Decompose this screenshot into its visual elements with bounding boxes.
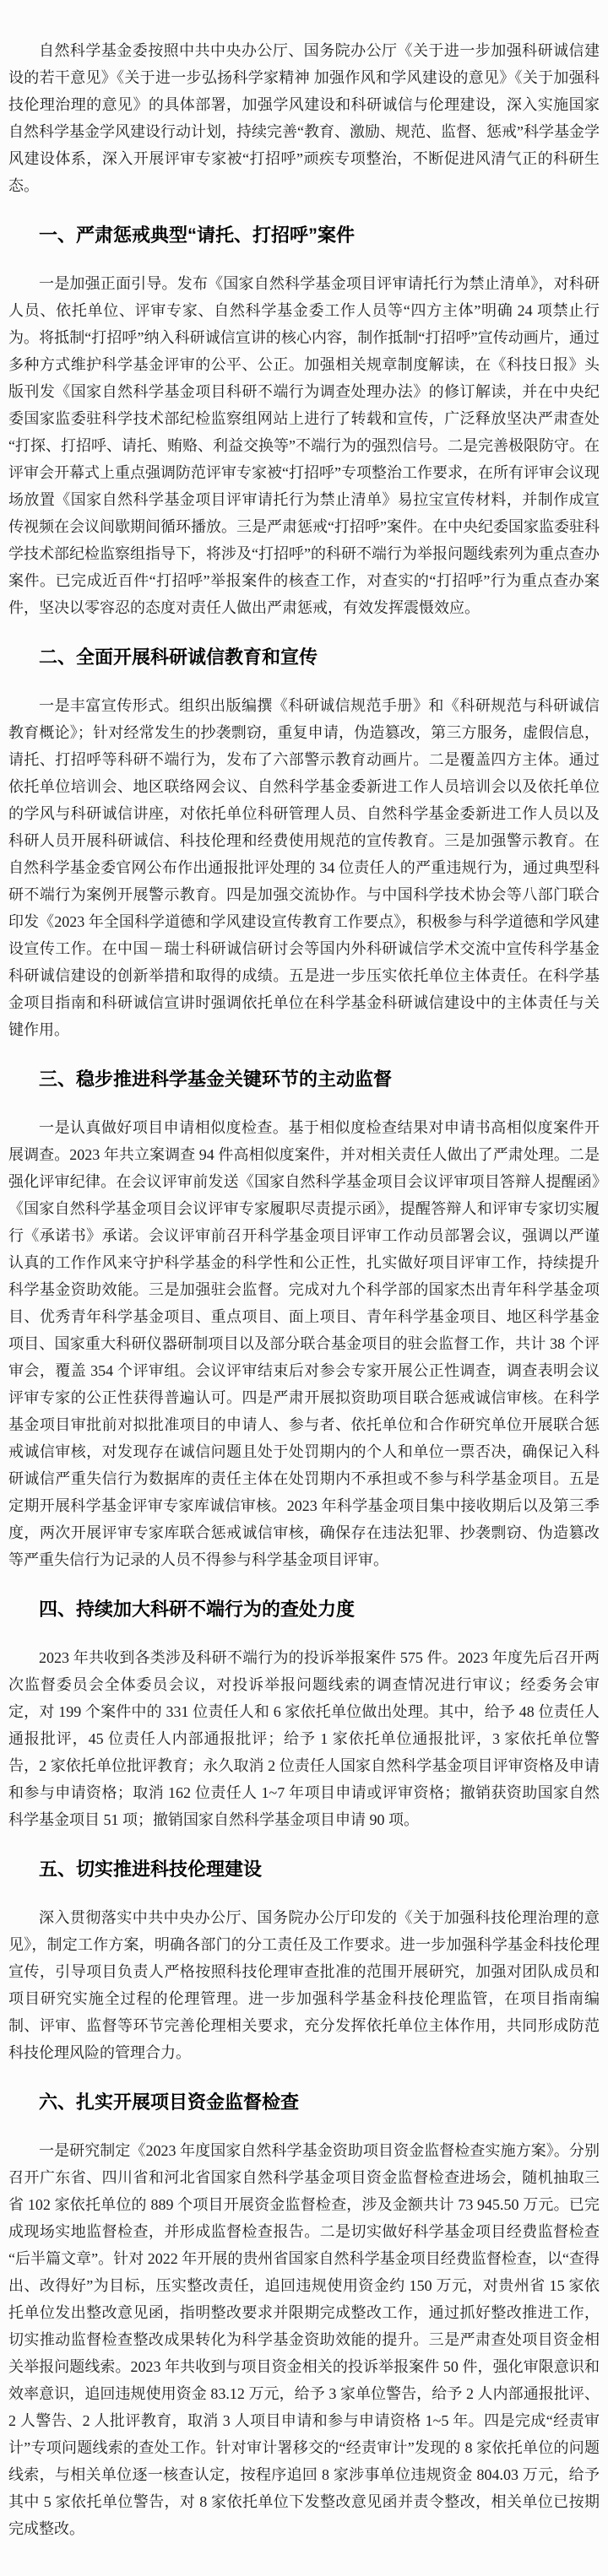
section-heading-6: 六、扎实开展项目资金监督检查 <box>8 2090 600 2115</box>
section-heading-1: 一、严肃惩戒典型“请托、打招呼”案件 <box>8 223 600 248</box>
section-heading-3: 三、稳步推进科学基金关键环节的主动监督 <box>8 1067 600 1092</box>
report-document: 自然科学基金委按照中共中央办公厅、国务院办公厅《关于进一步加强科研诚信建设的若干… <box>0 0 608 2576</box>
section-heading-2: 二、全面开展科研诚信教育和宣传 <box>8 645 600 670</box>
section-paragraph-3: 一是认真做好项目申请相似度检查。基于相似度检查结果对申请书高相似度案件开展调查。… <box>8 1114 600 1573</box>
section-paragraph-4: 2023 年共收到各类涉及科研不端行为的投诉举报案件 575 件。2023 年度… <box>8 1644 600 1833</box>
section-paragraph-5: 深入贯彻落实中共中央办公厅、国务院办公厅印发的《关于加强科技伦理治理的意见》，制… <box>8 1904 600 2066</box>
section-paragraph-2: 一是丰富宣传形式。组织出版编撰《科研诚信规范手册》和《科研规范与科研诚信教育概论… <box>8 692 600 1043</box>
intro-paragraph: 自然科学基金委按照中共中央办公厅、国务院办公厅《关于进一步加强科研诚信建设的若干… <box>8 37 600 199</box>
section-heading-5: 五、切实推进科技伦理建设 <box>8 1857 600 1882</box>
section-paragraph-1: 一是加强正面引导。发布《国家自然科学基金项目评审请托行为禁止清单》，对科研人员、… <box>8 270 600 621</box>
section-paragraph-6: 一是研究制定《2023 年度国家自然科学基金资助项目资金监督检查实施方案》。分别… <box>8 2137 600 2542</box>
section-heading-4: 四、持续加大科研不端行为的查处力度 <box>8 1597 600 1622</box>
